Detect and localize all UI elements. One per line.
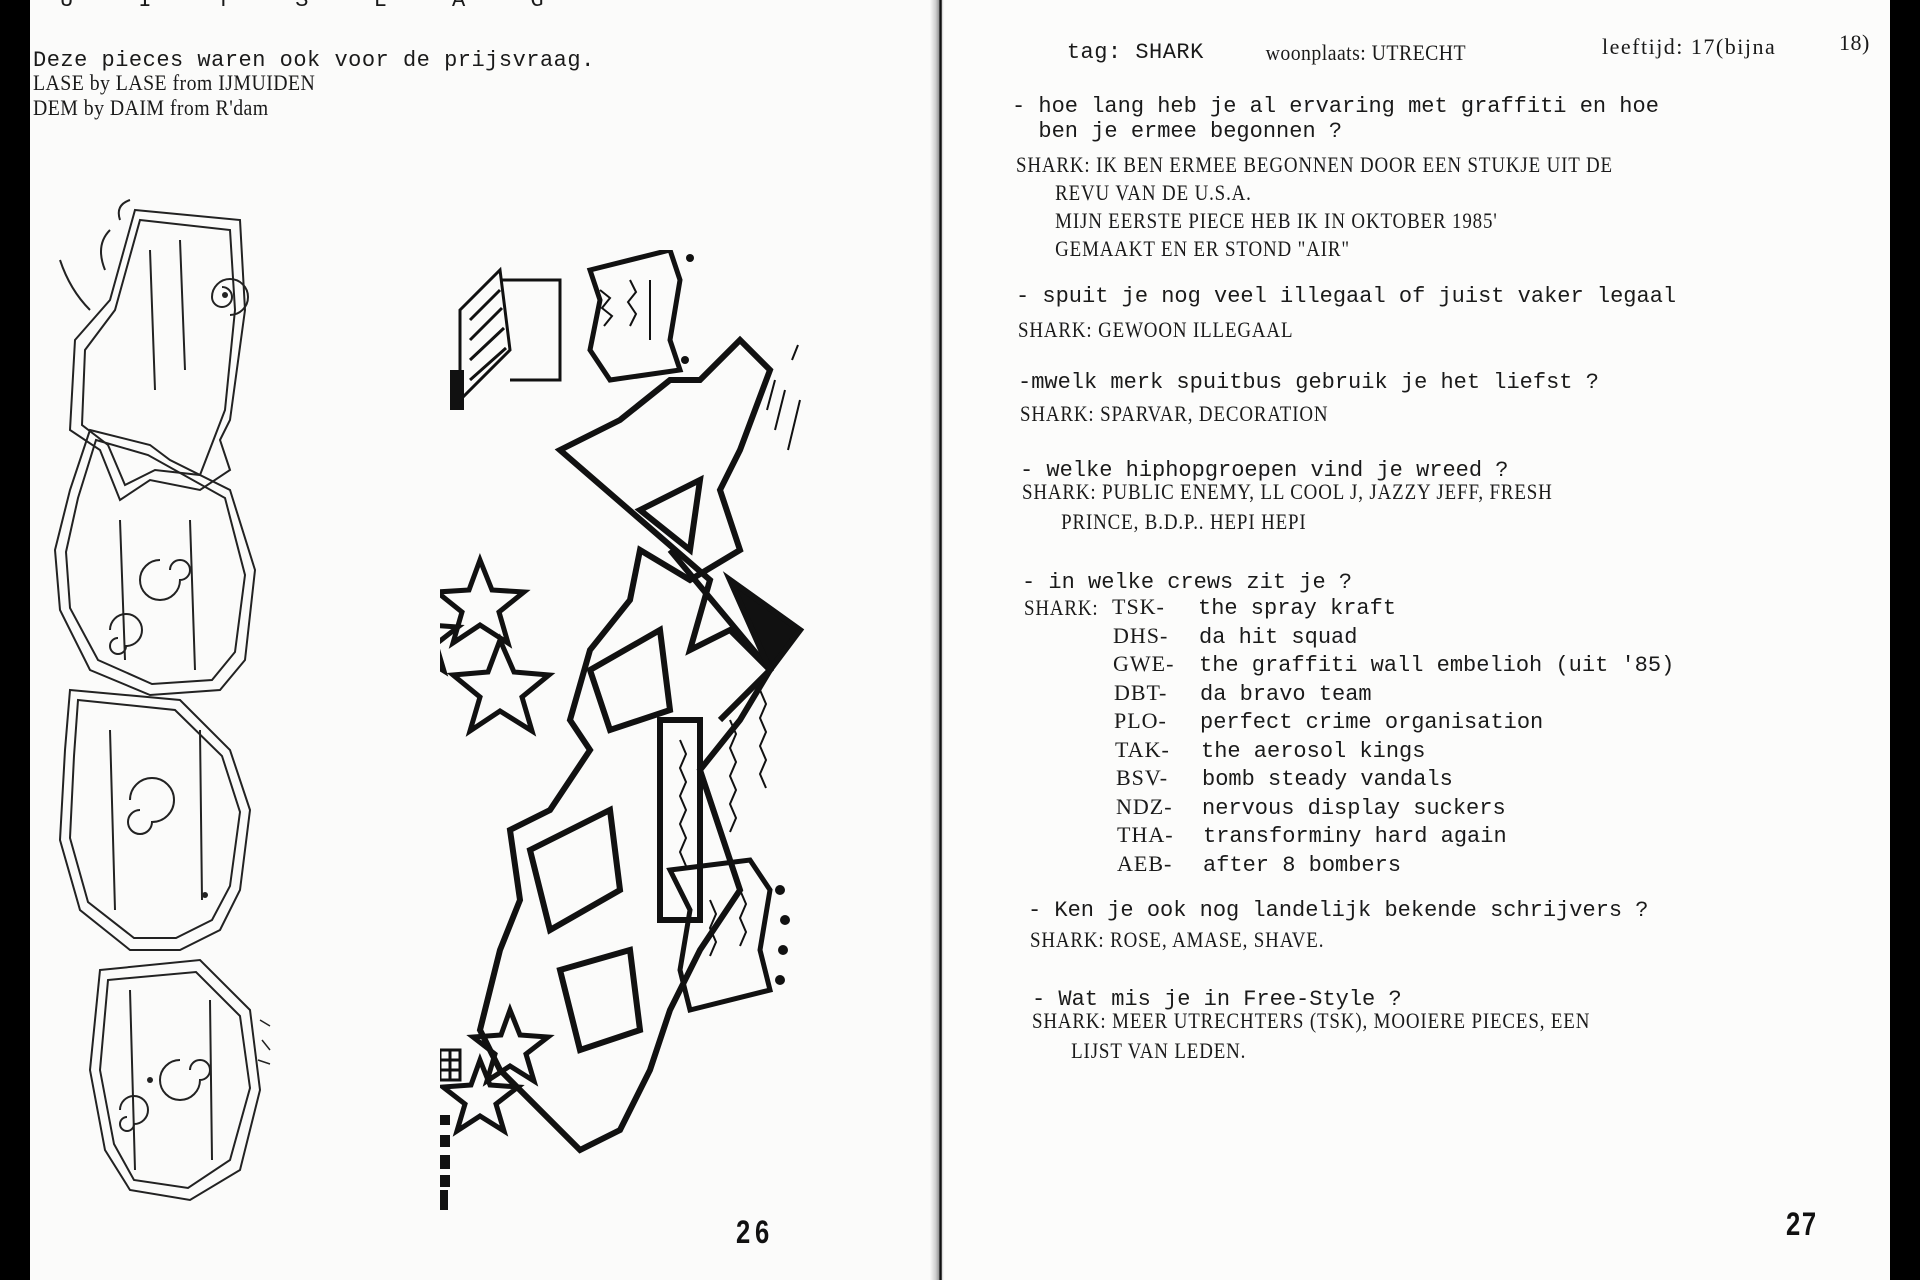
age-line: leeftijd: 17(bijna <box>1574 8 1776 86</box>
answer-3: SHARK: SPARVAR, DECORATION <box>1020 400 1328 428</box>
crew-name: the aerosol kings <box>1201 739 1425 764</box>
credit-dem: DEM by DAIM from R'dam <box>33 95 269 121</box>
crew-code: GWE- <box>1113 651 1199 677</box>
credit-lase: LASE by LASE from IJMUIDEN <box>33 70 315 96</box>
crew-row: NDZ-nervous display suckers <box>1116 794 1506 822</box>
age-value-cont: 18) <box>1839 30 1870 56</box>
crew-name: perfect crime organisation <box>1200 710 1543 735</box>
answer-5-prefix: SHARK: <box>1024 594 1099 622</box>
crew-name: da hit squad <box>1199 625 1357 650</box>
answer-7-line-2: LIJST VAN LEDEN. <box>1032 1037 1246 1065</box>
answer-2: SHARK: GEWOON ILLEGAAL <box>1018 316 1293 344</box>
tag-value: SHARK <box>1135 40 1204 65</box>
crew-row: DHS-da hit squad <box>1113 623 1357 651</box>
city-label: woonplaats: <box>1266 40 1367 65</box>
crew-row: BSV-bomb steady vandals <box>1116 765 1453 793</box>
crew-name: transforminy hard again <box>1203 824 1507 849</box>
left-page: U I T S L A G Deze pieces waren ook voor… <box>30 0 938 1280</box>
city-value: UTRECHT <box>1372 40 1466 65</box>
tag-line: tag: SHARK <box>1012 14 1204 92</box>
lase-graffiti-piece <box>30 190 290 1230</box>
crew-code: THA- <box>1117 822 1203 848</box>
answer-1-line-2: REVU VAN DE U.S.A. <box>1016 179 1252 207</box>
page-title: U I T S L A G <box>60 0 570 13</box>
answer-1-line-4: GEMAAKT EN ER STOND "AIR" <box>1016 235 1350 263</box>
question-1-line-1: - hoe lang heb je al ervaring met graffi… <box>1012 94 1659 119</box>
answer-4-line-2: PRINCE, B.D.P.. HEPI HEPI <box>1022 508 1307 536</box>
crew-code: AEB- <box>1117 851 1203 877</box>
crew-code: PLO- <box>1114 708 1200 734</box>
dem-graffiti-piece <box>440 250 860 1210</box>
crew-name: after 8 bombers <box>1203 853 1401 878</box>
crew-code: NDZ- <box>1116 794 1202 820</box>
crew-code: TAK- <box>1115 737 1201 763</box>
crew-row: TAK-the aerosol kings <box>1115 737 1425 765</box>
crew-code: BSV- <box>1116 765 1202 791</box>
question-1-line-2: ben je ermee begonnen ? <box>1012 119 1342 144</box>
age-value: 17(bijna <box>1691 34 1776 59</box>
crew-row: GWE-the graffiti wall embelioh (uit '85) <box>1113 651 1674 679</box>
crew-name: bomb steady vandals <box>1202 767 1453 792</box>
crew-code: DBT- <box>1114 680 1200 706</box>
answer-1-line-3: MIJN EERSTE PIECE HEB IK IN OKTOBER 1985… <box>1016 207 1498 235</box>
page-number-right: 27 <box>1786 1206 1818 1243</box>
answer-4-line-1: SHARK: PUBLIC ENEMY, LL COOL J, JAZZY JE… <box>1022 478 1553 506</box>
crew-code: DHS- <box>1113 623 1199 649</box>
answer-6: SHARK: ROSE, AMASE, SHAVE. <box>1030 926 1324 954</box>
question-5: - in welke crews zit je ? <box>1022 570 1352 595</box>
answer-1-line-1: SHARK: IK BEN ERMEE BEGONNEN DOOR EEN ST… <box>1016 151 1613 179</box>
right-page: tag: SHARK woonplaats: UTRECHT leeftijd:… <box>944 0 1890 1280</box>
crew-row: AEB-after 8 bombers <box>1117 851 1401 879</box>
crew-row: TSK-the spray kraft <box>1112 594 1396 622</box>
answer-7-line-1: SHARK: MEER UTRECHTERS (TSK), MOOIERE PI… <box>1032 1007 1590 1035</box>
page-number-left: 26 <box>736 1214 774 1251</box>
age-label: leeftijd: <box>1602 34 1684 59</box>
question-3: -mwelk merk spuitbus gebruik je het lief… <box>1018 370 1599 395</box>
crew-code: TSK- <box>1112 594 1198 620</box>
city-line: woonplaats: UTRECHT <box>1244 14 1466 92</box>
crew-name: nervous display suckers <box>1202 796 1506 821</box>
crew-row: THA-transforminy hard again <box>1117 822 1507 850</box>
crew-name: da bravo team <box>1200 682 1372 707</box>
question-6: - Ken je ook nog landelijk bekende schri… <box>1028 898 1649 923</box>
tag-label: tag: <box>1067 40 1122 65</box>
crew-name: the spray kraft <box>1198 596 1396 621</box>
crew-row: PLO-perfect crime organisation <box>1114 708 1543 736</box>
question-2: - spuit je nog veel illegaal of juist va… <box>1016 284 1676 309</box>
crew-row: DBT-da bravo team <box>1114 680 1372 708</box>
crew-name: the graffiti wall embelioh (uit '85) <box>1199 653 1674 678</box>
